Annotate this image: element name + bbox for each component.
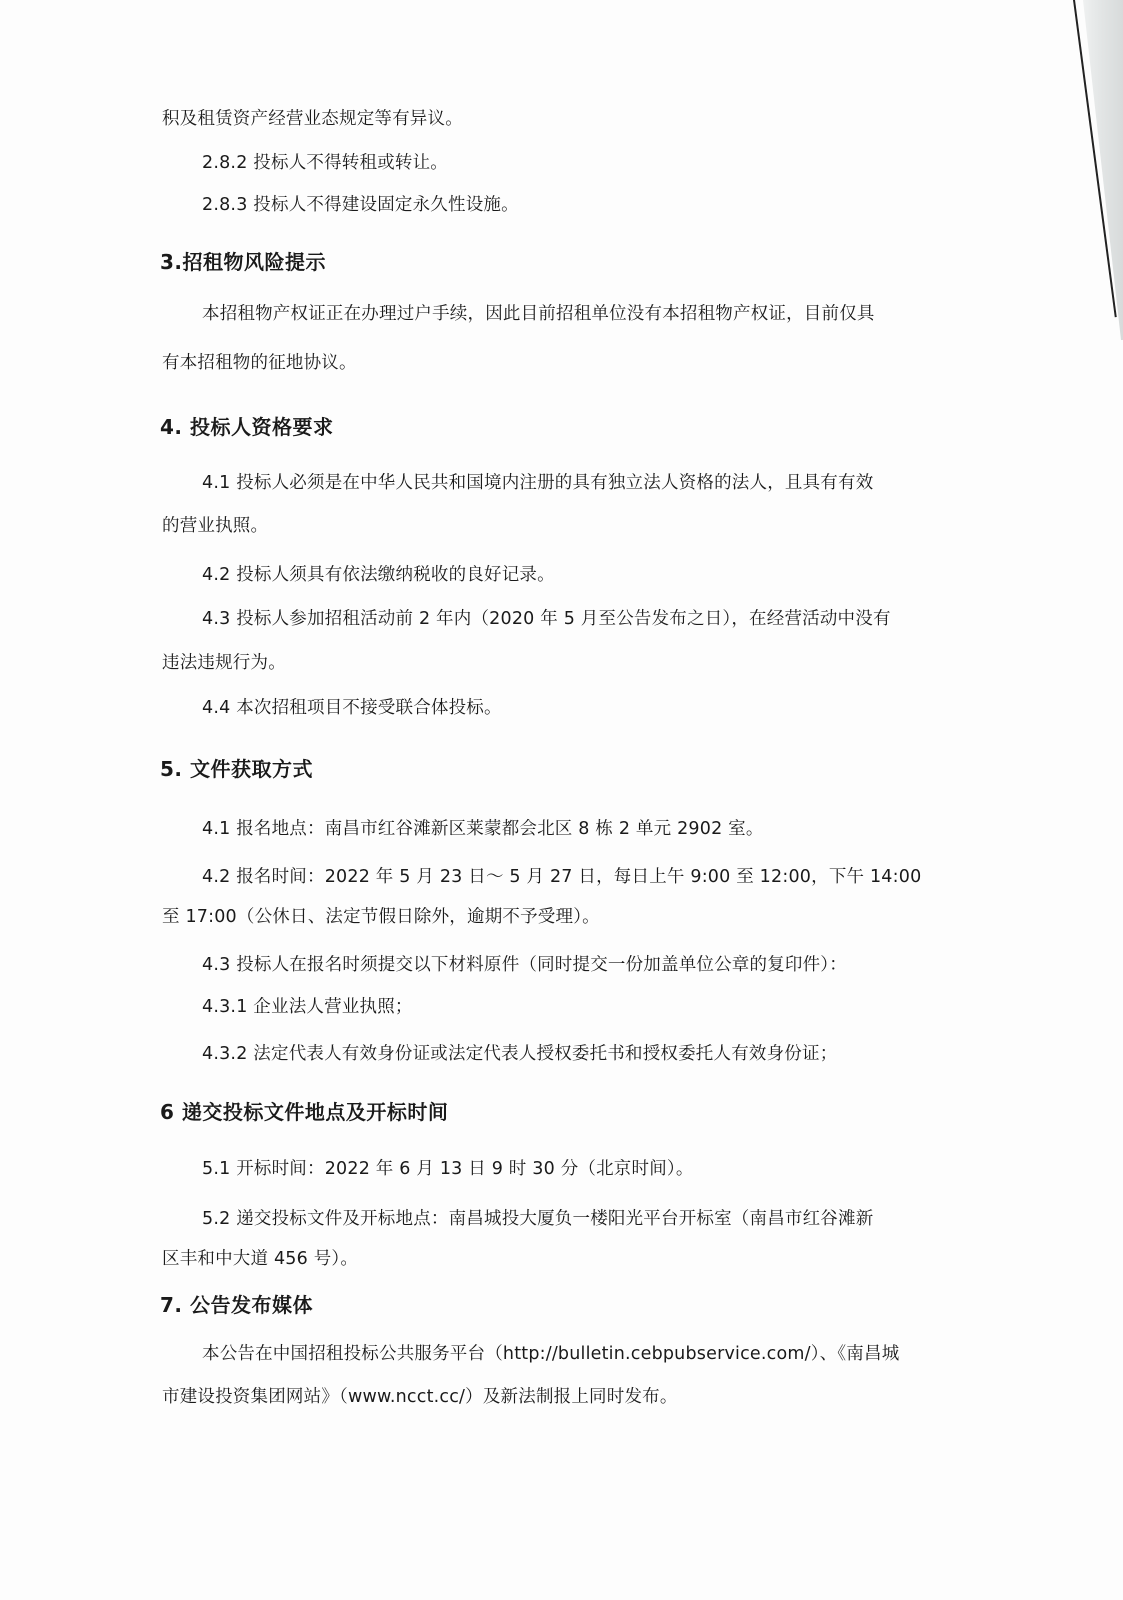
clause-4-3: 4.3 投标人参加招租活动前 2 年内（2020 年 5 月至公告发布之日），在…	[202, 608, 891, 630]
paragraph-line: 市建设投资集团网站》（www.ncct.cc/）及新法制报上同时发布。	[162, 1386, 678, 1408]
clause-4-3-2: 4.3.2 法定代表人有效身份证或法定代表人授权委托书和授权委托人有效身份证；	[202, 1043, 837, 1065]
paragraph-line: 区丰和中大道 456 号）。	[162, 1248, 358, 1270]
paragraph-line: 至 17:00（公休日、法定节假日除外，逾期不予受理）。	[162, 906, 600, 928]
clause-required-materials: 4.3 投标人在报名时须提交以下材料原件（同时提交一份加盖单位公章的复印件）：	[202, 954, 847, 976]
clause-2-8-2: 2.8.2 投标人不得转租或转让。	[202, 152, 448, 174]
paragraph-line: 违法违规行为。	[162, 652, 286, 674]
clause-bid-location: 5.2 递交投标文件及开标地点：南昌城投大厦负一楼阳光平台开标室（南昌市红谷滩新	[202, 1208, 873, 1230]
clause-4-4: 4.4 本次招租项目不接受联合体投标。	[202, 697, 502, 719]
paragraph-line: 积及租赁资产经营业态规定等有异议。	[162, 108, 463, 130]
clause-4-2: 4.2 投标人须具有依法缴纳税收的良好记录。	[202, 564, 555, 586]
section-heading-6: 6 递交投标文件地点及开标时间	[160, 1100, 448, 1124]
document-page: 积及租赁资产经营业态规定等有异议。 2.8.2 投标人不得转租或转让。 2.8.…	[0, 0, 1123, 1600]
section-heading-7: 7. 公告发布媒体	[160, 1293, 313, 1317]
clause-4-3-1: 4.3.1 企业法人营业执照；	[202, 996, 413, 1018]
paragraph-publication-media: 本公告在中国招租投标公共服务平台（http://bulletin.cebpubs…	[202, 1343, 899, 1365]
section-heading-5: 5. 文件获取方式	[160, 757, 313, 781]
section-heading-3: 3.招租物风险提示	[160, 250, 326, 274]
clause-registration-location: 4.1 报名地点：南昌市红谷滩新区莱蒙都会北区 8 栋 2 单元 2902 室。	[202, 818, 764, 840]
section-heading-4: 4. 投标人资格要求	[160, 415, 333, 439]
clause-4-1: 4.1 投标人必须是在中华人民共和国境内注册的具有独立法人资格的法人，且具有有效	[202, 472, 873, 494]
paragraph-line: 本招租物产权证正在办理过户手续，因此目前招租单位没有本招租物产权证，目前仅具	[202, 303, 875, 325]
paragraph-line: 的营业执照。	[162, 515, 268, 537]
clause-registration-time: 4.2 报名时间：2022 年 5 月 23 日～ 5 月 27 日，每日上午 …	[202, 866, 921, 888]
paragraph-line: 有本招租物的征地协议。	[162, 352, 357, 374]
clause-2-8-3: 2.8.3 投标人不得建设固定永久性设施。	[202, 194, 519, 216]
clause-bid-opening-time: 5.1 开标时间：2022 年 6 月 13 日 9 时 30 分（北京时间）。	[202, 1158, 694, 1180]
